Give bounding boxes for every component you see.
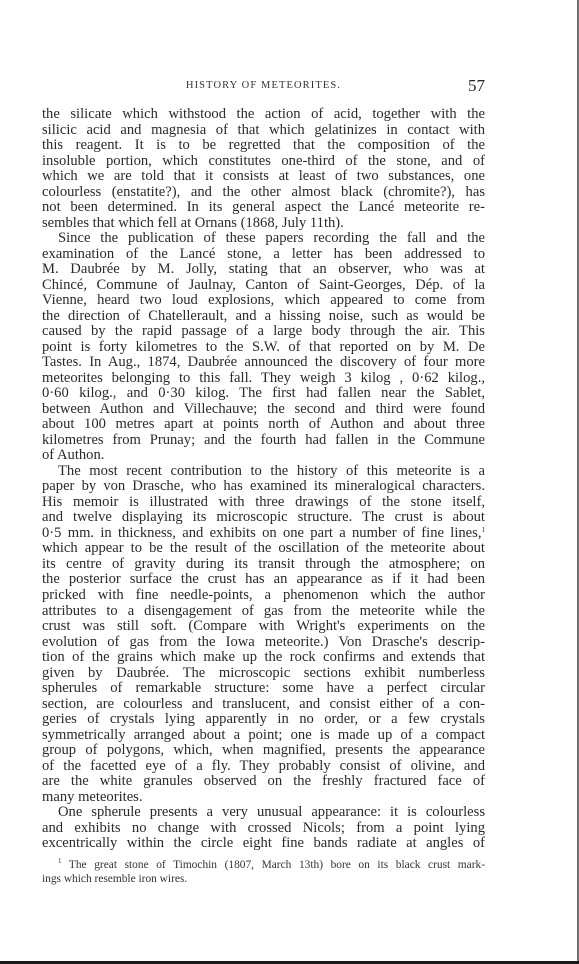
text-line: which we are told that it consists at le…: [42, 169, 485, 185]
text-line: and twelve displaying its microscopic st…: [42, 510, 485, 526]
text-line: the posterior surface the crust has an a…: [42, 572, 485, 588]
text-line: point is forty kilometres to the S.W. of…: [42, 340, 485, 356]
text-line: the silicate which withstood the action …: [42, 107, 485, 123]
text-line: Vienne, heard two loud explosions, which…: [42, 293, 485, 309]
text-line: symmetrically arranged about a point; on…: [42, 728, 485, 744]
footnote-line: ings which resemble iron wires.: [42, 873, 485, 887]
text-line: pricked with fine needle-points, a pheno…: [42, 588, 485, 604]
text-line: about 100 metres apart at points north o…: [42, 417, 485, 433]
text-line: paper by von Drasche, who has examined i…: [42, 479, 485, 495]
body-text: the silicate which withstood the action …: [42, 107, 485, 852]
text-line: insoluble portion, which constitutes one…: [42, 154, 485, 170]
text-line: of the facetted eye of a fly. They proba…: [42, 759, 485, 775]
text-line: The most recent contribution to the hist…: [42, 464, 485, 480]
page-number: 57: [468, 76, 485, 96]
footnote: 1 The great stone of Timochin (1807, Mar…: [42, 859, 485, 886]
text-line: section, are colourless and translucent,…: [42, 697, 485, 713]
text-line: M. Daubrée by M. Jolly, stating that an …: [42, 262, 485, 278]
text-line: geries of crystals lying apparently in n…: [42, 712, 485, 728]
running-header: HISTORY OF METEORITES. 57: [42, 76, 485, 96]
text-line: colourless (enstatite?), and the other a…: [42, 185, 485, 201]
paragraph-2: Since the publication of these papers re…: [42, 231, 485, 464]
text-line: the direction of Chatellerault, and a hi…: [42, 309, 485, 325]
text-line: caused by the rapid passage of a large b…: [42, 324, 485, 340]
text-line: given by Daubrée. The microscopic sectio…: [42, 666, 485, 682]
text-line: One spherule presents a very unusual app…: [42, 805, 485, 821]
footnote-line: 1 The great stone of Timochin (1807, Mar…: [42, 859, 485, 873]
text-line-content: 0·5 mm. in thickness, and exhibits on on…: [42, 525, 482, 541]
text-line: attributes to a disengagement of gas fro…: [42, 604, 485, 620]
text-line: His memoir is illustrated with three dra…: [42, 495, 485, 511]
running-title: HISTORY OF METEORITES.: [42, 80, 485, 91]
text-line: meteorites belonging to this fall. They …: [42, 371, 485, 387]
text-line: evolution of gas from the Iowa meteorite…: [42, 635, 485, 651]
text-line: Since the publication of these papers re…: [42, 231, 485, 247]
text-line: not been determined. In its general aspe…: [42, 200, 485, 216]
text-line: 0·60 kilog., and 0·30 kilog. The first h…: [42, 386, 485, 402]
text-line: this reagent. It is to be regretted that…: [42, 138, 485, 154]
text-line: many meteorites.: [42, 790, 485, 806]
text-line: of Authon.: [42, 448, 485, 464]
paragraph-1: the silicate which withstood the action …: [42, 107, 485, 231]
text-line-with-footnote-ref: 0·5 mm. in thickness, and exhibits on on…: [42, 526, 485, 542]
footnote-marker: 1: [58, 857, 62, 865]
text-line: kilometres from Prunay; and the fourth h…: [42, 433, 485, 449]
text-line: are the white granules observed on the f…: [42, 774, 485, 790]
text-line: Tastes. In Aug., 1874, Daubrée announced…: [42, 355, 485, 371]
text-line: Chincé, Commune of Jaulnay, Canton of Sa…: [42, 278, 485, 294]
text-line: group of polygons, which, when magnified…: [42, 743, 485, 759]
text-line: crust was still soft. (Compare with Wrig…: [42, 619, 485, 635]
footnote-reference[interactable]: 1: [482, 526, 486, 534]
text-line: excentrically within the circle eight fi…: [42, 836, 485, 852]
text-line: examination of the Lancé stone, a letter…: [42, 247, 485, 263]
paragraph-4: One spherule presents a very unusual app…: [42, 805, 485, 852]
footnote-text: The great stone of Timochin (1807, March…: [69, 859, 485, 871]
text-line: between Authon and Villechauve; the seco…: [42, 402, 485, 418]
text-line: and exhibits no change with crossed Nico…: [42, 821, 485, 837]
text-line: tion of the grains which make up the roc…: [42, 650, 485, 666]
text-line: sembles that which fell at Ornans (1868,…: [42, 216, 485, 232]
paragraph-3: The most recent contribution to the hist…: [42, 464, 485, 805]
text-line: spherules of remarkable structure: some …: [42, 681, 485, 697]
text-line: silicic acid and magnesia of that which …: [42, 123, 485, 139]
text-line: its centre of gravity during its transit…: [42, 557, 485, 573]
text-line: which appear to be the result of the osc…: [42, 541, 485, 557]
